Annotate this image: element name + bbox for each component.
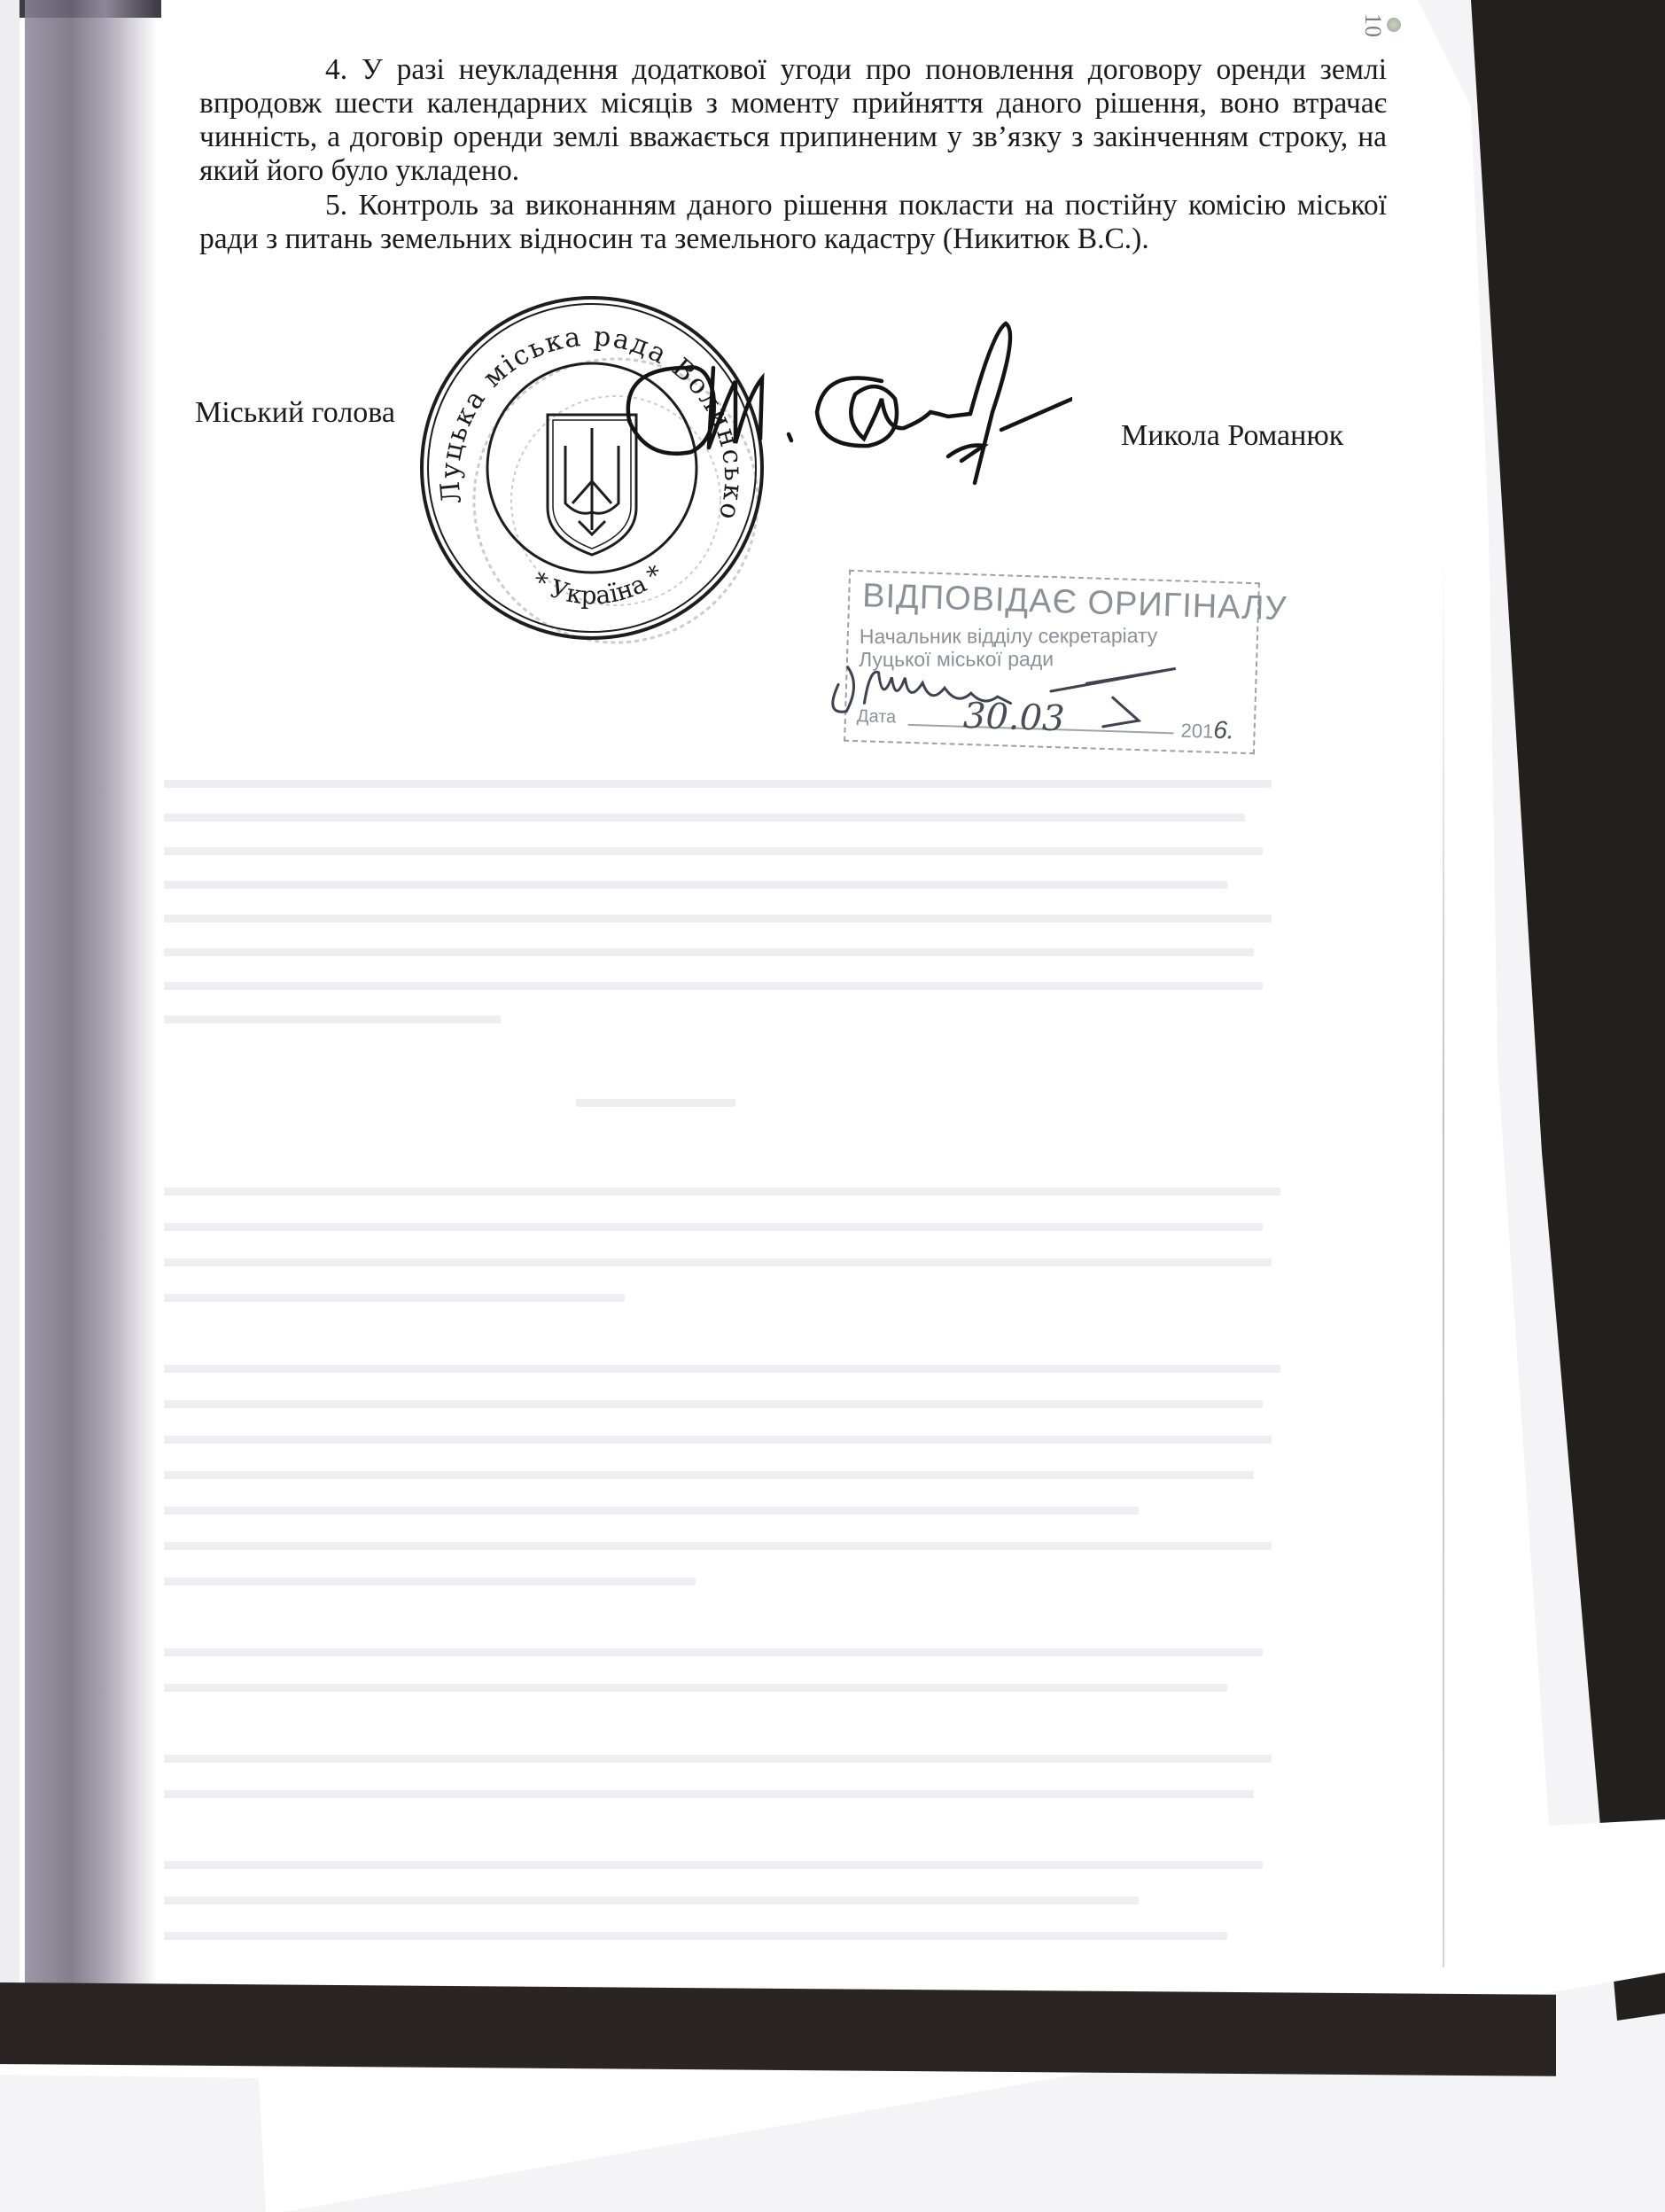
binding-shadow: [25, 0, 158, 1994]
stamp-year-handwritten: 6.: [1213, 716, 1234, 744]
page-fold-line: [1443, 549, 1444, 1967]
paragraph-5: 5. Контроль за виконанням даного рішення…: [199, 189, 1387, 256]
decision-text: 4. У разі неукладення додаткової угоди п…: [199, 53, 1387, 256]
stamp-position: Начальник відділу секретаріату: [860, 624, 1157, 649]
certified-copy-stamp: ВІДПОВІДАЄ ОРИГІНАЛУ Начальник відділу с…: [844, 570, 1260, 754]
page-number: 10: [1359, 13, 1386, 38]
scan-edge: [0, 0, 19, 2065]
ink-blot-mark: [1387, 18, 1401, 32]
stamp-year-prefix: 201: [1180, 720, 1213, 743]
scanner-shadow-band: [0, 1982, 1556, 2076]
signatory-position: Міський голова: [195, 396, 395, 430]
stamp-year: 2016.: [1180, 715, 1234, 745]
mayor-signature: [611, 315, 1072, 510]
seal-bottom-text: * Україна *: [527, 559, 669, 611]
paragraph-4: 4. У разі неукладення додаткової угоди п…: [199, 53, 1387, 188]
stamp-date-value: 30.03: [962, 696, 1065, 740]
stamp-title: ВІДПОВІДАЄ ОРИГІНАЛУ: [862, 577, 1288, 628]
signatory-name: Микола Романюк: [1121, 419, 1343, 453]
stamp-date-label: Дата: [857, 706, 897, 728]
